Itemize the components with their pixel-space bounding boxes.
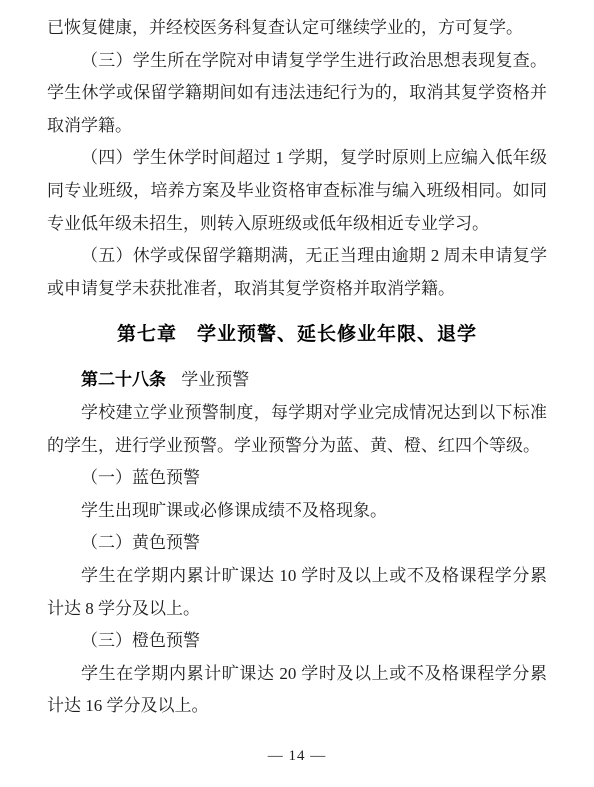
warning-intro-paragraph: 学校建立学业预警制度，每学期对学业完成情况达到以下标准的学生，进行学业预警。学业…: [47, 397, 547, 462]
document-page: 已恢复健康，并经校医务科复查认定可继续学业的，方可复学。 （三）学生所在学院对申…: [0, 0, 594, 787]
warning-level-blue-detail: 学生出现旷课或必修课成绩不及格现象。: [47, 495, 547, 528]
body-paragraph-item-3: （三）学生所在学院对申请复学学生进行政治思想表现复查。学生休学或保留学籍期间如有…: [47, 45, 547, 143]
body-paragraph-item-5: （五）休学或保留学籍期满，无正当理由逾期 2 周未申请复学或申请复学未获批准者，…: [47, 240, 547, 305]
page-number: — 14 —: [0, 748, 594, 765]
article-title: 学业预警: [181, 370, 249, 389]
warning-level-orange-heading: （三）橙色预警: [47, 625, 547, 658]
body-paragraph-item-4: （四）学生休学时间超过 1 学期，复学时原则上应编入低年级同专业班级，培养方案及…: [47, 142, 547, 240]
warning-level-blue-heading: （一）蓝色预警: [47, 462, 547, 495]
article-number: 第二十八条: [81, 370, 166, 389]
page-content: 已恢复健康，并经校医务科复查认定可继续学业的，方可复学。 （三）学生所在学院对申…: [0, 0, 594, 723]
warning-level-yellow-detail: 学生在学期内累计旷课达 10 学时及以上或不及格课程学分累计达 8 学分及以上。: [47, 560, 547, 625]
warning-level-yellow-heading: （二）黄色预警: [47, 527, 547, 560]
chapter-heading: 第七章 学业预警、延长修业年限、退学: [47, 318, 547, 351]
warning-level-orange-detail: 学生在学期内累计旷课达 20 学时及以上或不及格课程学分累计达 16 学分及以上…: [47, 658, 547, 723]
body-paragraph-continuation: 已恢复健康，并经校医务科复查认定可继续学业的，方可复学。: [47, 12, 547, 45]
article-line: 第二十八条学业预警: [47, 364, 547, 397]
